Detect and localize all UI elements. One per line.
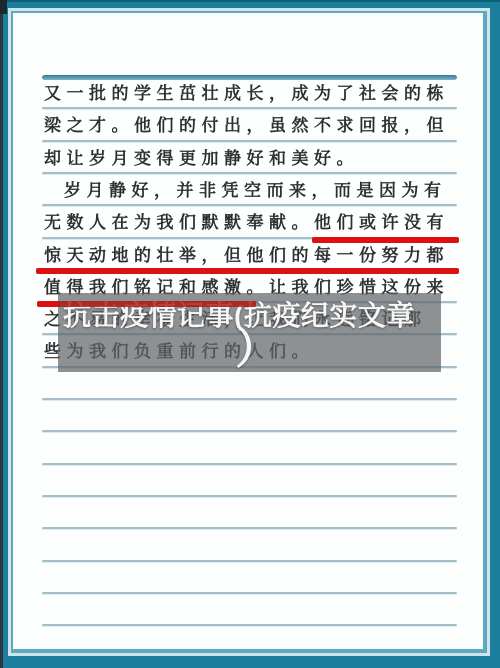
- frame-top-shade: [0, 0, 500, 2]
- ruled-line: [42, 495, 457, 497]
- ruled-line: [42, 527, 457, 529]
- red-underline-mark: [37, 301, 60, 307]
- handwriting-row: 却让岁月变得更加静好和美好。: [44, 146, 359, 173]
- ruled-line: [42, 463, 457, 465]
- ruled-line: [42, 592, 457, 594]
- header-rule: [42, 75, 457, 80]
- notebook-page-screenshot: 又一批的学生茁壮成长，成为了社会的栋梁之才。他们的付出，虽然不求回报，但却让岁月…: [0, 0, 500, 668]
- notebook-paper: 又一批的学生茁壮成长，成为了社会的栋梁之才。他们的付出，虽然不求回报，但却让岁月…: [13, 13, 483, 649]
- red-underline-over-title: [58, 301, 256, 307]
- ruled-line: [42, 398, 457, 400]
- handwriting-row: 又一批的学生茁壮成长，成为了社会的栋: [44, 81, 449, 108]
- handwriting-row: 惊天动地的壮举，但他们的每一份努力都: [44, 243, 449, 270]
- handwriting-row: 岁月静好，并非凭空而来，而是因为有: [44, 178, 447, 205]
- top-left-corner-artifact: [0, 0, 7, 14]
- handwriting-row: 无数人在为我们默默奉献。他们或许没有: [44, 210, 449, 237]
- ruled-line: [42, 624, 457, 626]
- handwriting-row: 梁之才。他们的付出，虽然不求回报，但: [44, 113, 449, 140]
- ruled-line: [42, 560, 457, 562]
- ruled-line: [42, 430, 457, 432]
- left-edge-shadow: [0, 0, 3, 668]
- article-title-line2: ）: [235, 319, 279, 379]
